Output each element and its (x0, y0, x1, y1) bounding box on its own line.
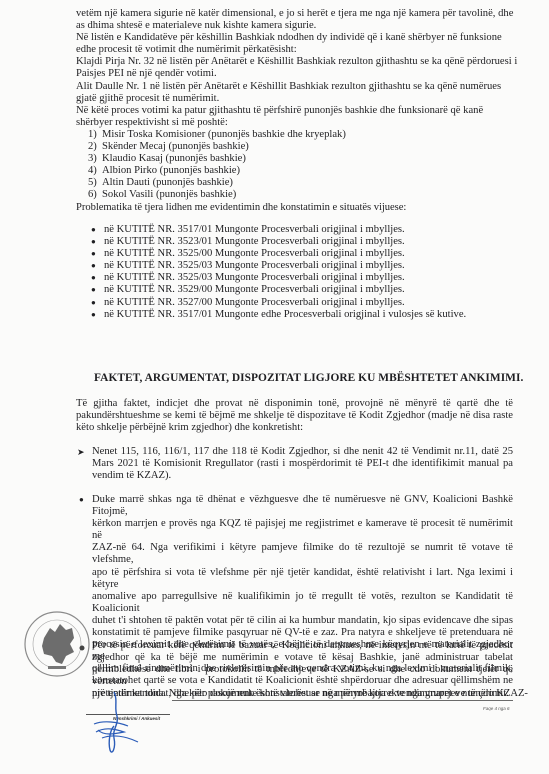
footer-divider (172, 700, 513, 701)
staff-list: 1)Misir Toska Komisioner (punonjës bashk… (88, 129, 346, 202)
bullet-icon: ● (79, 494, 84, 506)
bullet-icon: ● (91, 297, 96, 309)
staff-list-item: 4)Albion Pirko (punonjës bashkie) (88, 165, 346, 177)
facts-intro-line: pakundërshtueshme se kemi të bëjmë me sh… (76, 410, 513, 422)
arrow-bullet-icon: ➤ (77, 446, 85, 458)
facts-intro-line: Të gjitha faktet, indicjet dhe provat në… (76, 398, 513, 410)
intro-line: as dhima shtesë e materialeve nuk kishte… (76, 20, 513, 32)
staff-list-item: 5)Altin Dauti (punonjës bashkie) (88, 177, 346, 189)
bullet-icon: ● (91, 272, 96, 284)
intro-line: Në këtë proces votimi ka patur gjithasht… (76, 105, 513, 117)
box-issue-item: ●në KUTITË NR. 3525/03 Mungonte Procesve… (104, 260, 466, 272)
box-issue-item: ●në KUTITË NR. 3529/00 Mungonte Procesve… (104, 284, 466, 296)
bullet-icon: ● (91, 309, 96, 321)
box-issue-item: ●në KUTITË NR. 3525/03 Mungonte Procesve… (104, 272, 466, 284)
page-number: Faqe 4 nga 6 (483, 706, 510, 711)
intro-line: Klajdi Pirja Nr. 32 në listën për Anëtar… (76, 56, 513, 68)
intro-paragraph: vetëm një kamera sigurie në katër dimens… (76, 8, 513, 129)
intro-line: edhe procesit të votimit dhe numërimit p… (76, 44, 513, 56)
bullet-icon: ● (91, 284, 96, 296)
section-heading: FAKTET, ARGUMENTAT, DISPOZITAT LIGJORE K… (94, 372, 523, 384)
document-page: vetëm një kamera sigurie në katër dimens… (0, 0, 549, 774)
box-issue-item: ●në KUTITË NR. 3523/01 Mungonte Procesve… (104, 236, 466, 248)
staff-list-item: 2)Skënder Mecaj (punonjës bashkie) (88, 141, 346, 153)
closing-paragraph: Për të përforcuar këtë qëndrim të bazuar… (92, 640, 513, 700)
intro-line: shërbyer respektivisht si më poshtë: (76, 117, 513, 129)
staff-list-item: 6)Sokol Vasili (punonjës bashkie) (88, 189, 346, 201)
box-issue-item: ●në KUTITË NR. 3527/00 Mungonte Procesve… (104, 297, 466, 309)
facts-intro-line: këto shkelje përbëjnë krim zgjedhor) dhe… (76, 422, 513, 434)
bullet-icon: ● (91, 236, 96, 248)
box-issue-item: ●në KUTITË NR. 3517/01 Mungonte edhe Pro… (104, 309, 466, 321)
box-issue-item: ●në KUTITË NR. 3517/01 Mungonte Procesve… (104, 224, 466, 236)
intro-line: Alit Daulle Nr. 1 në listën për Anëtarët… (76, 81, 513, 93)
bullet-icon: ● (91, 260, 96, 272)
intro-line: Paisjes PEI në një qendër votimi. (76, 68, 513, 80)
intro-line: vetëm një kamera sigurie në katër dimens… (76, 8, 513, 20)
articles-item: ➤ Nenet 115, 116, 116/1, 117 dhe 118 të … (92, 446, 513, 482)
box-issue-item: ●në KUTITË NR. 3525/00 Mungonte Procesve… (104, 248, 466, 260)
box-issues-list: ●në KUTITË NR. 3517/01 Mungonte Procesve… (104, 224, 466, 321)
signature-icon (84, 690, 144, 760)
problems-intro: Problematika të tjera lidhen me evidenti… (76, 202, 406, 214)
intro-line: gjatë gjithë procesit të numërimit. (76, 93, 513, 105)
official-stamp-icon (22, 608, 92, 680)
bullet-icon: ● (91, 224, 96, 236)
staff-list-item: 1)Misir Toska Komisioner (punonjës bashk… (88, 129, 346, 141)
bullet-icon: ● (91, 248, 96, 260)
intro-line: Në listën e Kandidatëve për këshillin Ba… (76, 32, 513, 44)
facts-intro-paragraph: Të gjitha faktet, indicjet dhe provat në… (76, 398, 513, 434)
staff-list-item: 3)Klaudio Kasaj (punonjës bashkie) (88, 153, 346, 165)
